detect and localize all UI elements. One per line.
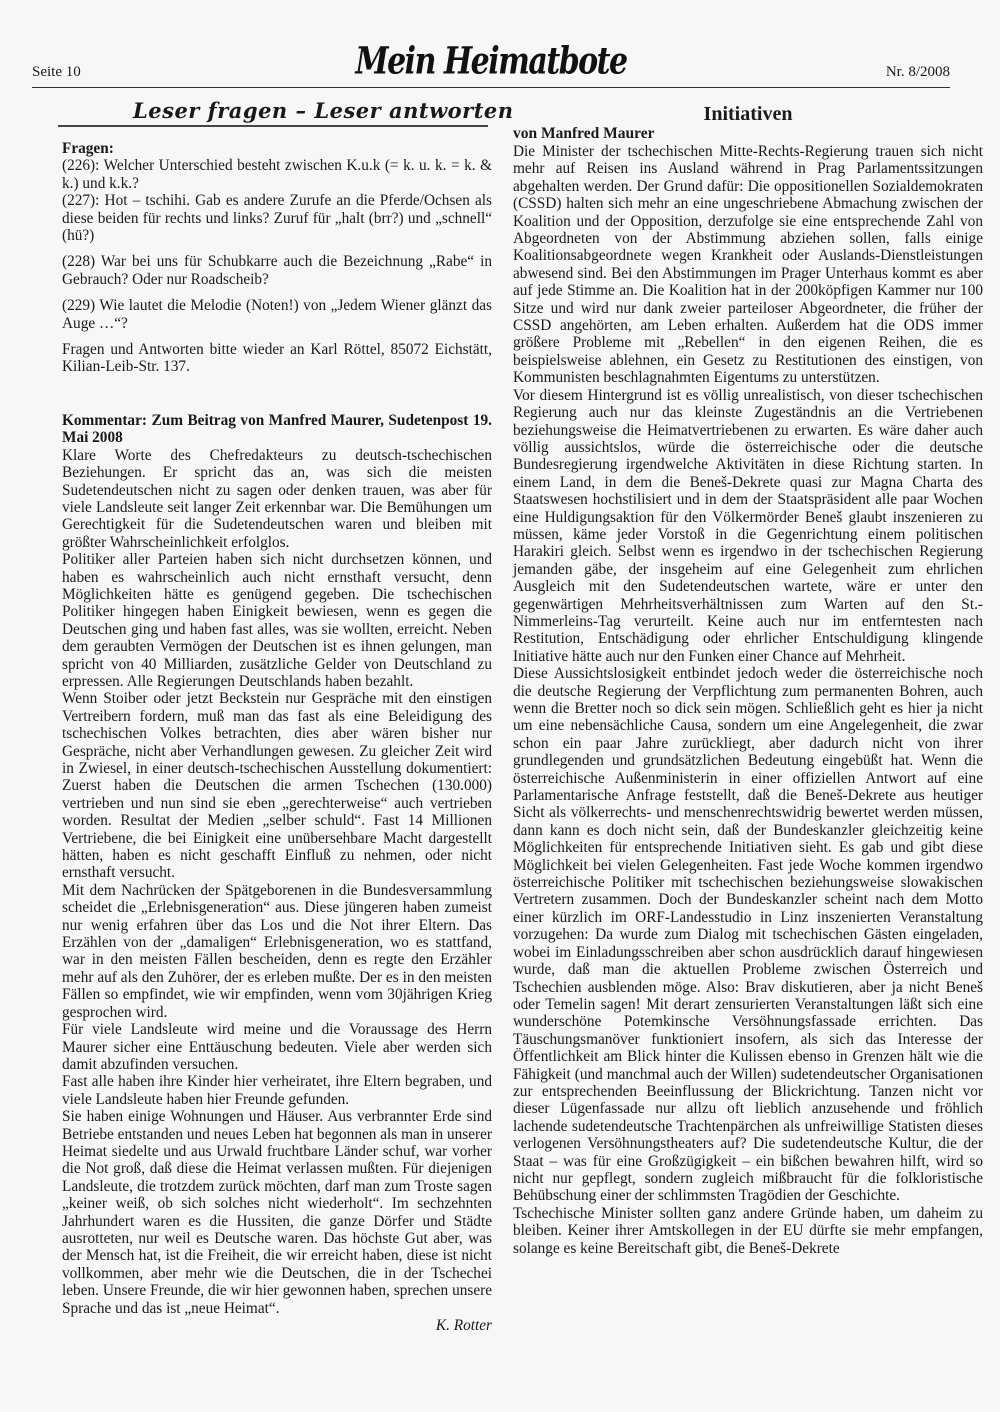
comment-paragraph: Fast alle haben ihre Kinder hier verheir… xyxy=(62,1073,492,1108)
left-column: Leser fragen – Leser antworten Fragen: (… xyxy=(62,100,492,1334)
header-divider xyxy=(32,87,950,88)
contact-address: Fragen und Antworten bitte wieder an Kar… xyxy=(62,341,492,376)
masthead-logo: Mein Heimatbote xyxy=(355,40,626,84)
article-paragraph: Tschechische Minister sollten ganz ander… xyxy=(513,1205,983,1257)
question-227: (227): Hot – tschihi. Gab es andere Zuru… xyxy=(62,192,492,244)
article-paragraph: Die Minister der tschechischen Mitte-Rec… xyxy=(513,143,983,387)
article-paragraph: Vor diesem Hintergrund ist es völlig unr… xyxy=(513,387,983,666)
comment-paragraph: Politiker aller Parteien haben sich nich… xyxy=(62,551,492,690)
comment-paragraph: Klare Worte des Chefredakteurs zu deutsc… xyxy=(62,447,492,551)
signature: K. Rotter xyxy=(62,1317,492,1334)
page-header: Seite 10 Mein Heimatbote Nr. 8/2008 xyxy=(32,44,950,88)
comment-paragraph: Wenn Stoiber oder jetzt Beckstein nur Ge… xyxy=(62,690,492,881)
question-228: (228) War bei uns für Schubkarre auch di… xyxy=(62,253,492,288)
article-paragraph: Diese Aussichtslosigkeit entbindet jedoc… xyxy=(513,665,983,1205)
questions-label: Fragen: xyxy=(62,140,492,157)
page-number: Seite 10 xyxy=(32,64,81,81)
section-underline xyxy=(58,125,488,127)
right-column: Initiativen von Manfred Maurer Die Minis… xyxy=(513,103,983,1257)
comment-paragraph: Für viele Landsleute wird meine und die … xyxy=(62,1021,492,1073)
comment-paragraph: Mit dem Nachrücken der Spätgeborenen in … xyxy=(62,882,492,1021)
question-226: (226): Welcher Unterschied besteht zwisc… xyxy=(62,157,492,192)
comment-title: Kommentar: Zum Beitrag von Manfred Maure… xyxy=(62,412,492,447)
article-author: von Manfred Maurer xyxy=(513,125,983,143)
section-banner: Leser fragen – Leser antworten xyxy=(58,100,492,130)
issue-number: Nr. 8/2008 xyxy=(886,64,950,81)
section-title: Leser fragen – Leser antworten xyxy=(133,102,514,119)
article-title: Initiativen xyxy=(513,103,983,125)
question-229: (229) Wie lautet die Melodie (Noten!) vo… xyxy=(62,297,492,332)
comment-paragraph: Sie haben einige Wohnungen und Häuser. A… xyxy=(62,1108,492,1317)
